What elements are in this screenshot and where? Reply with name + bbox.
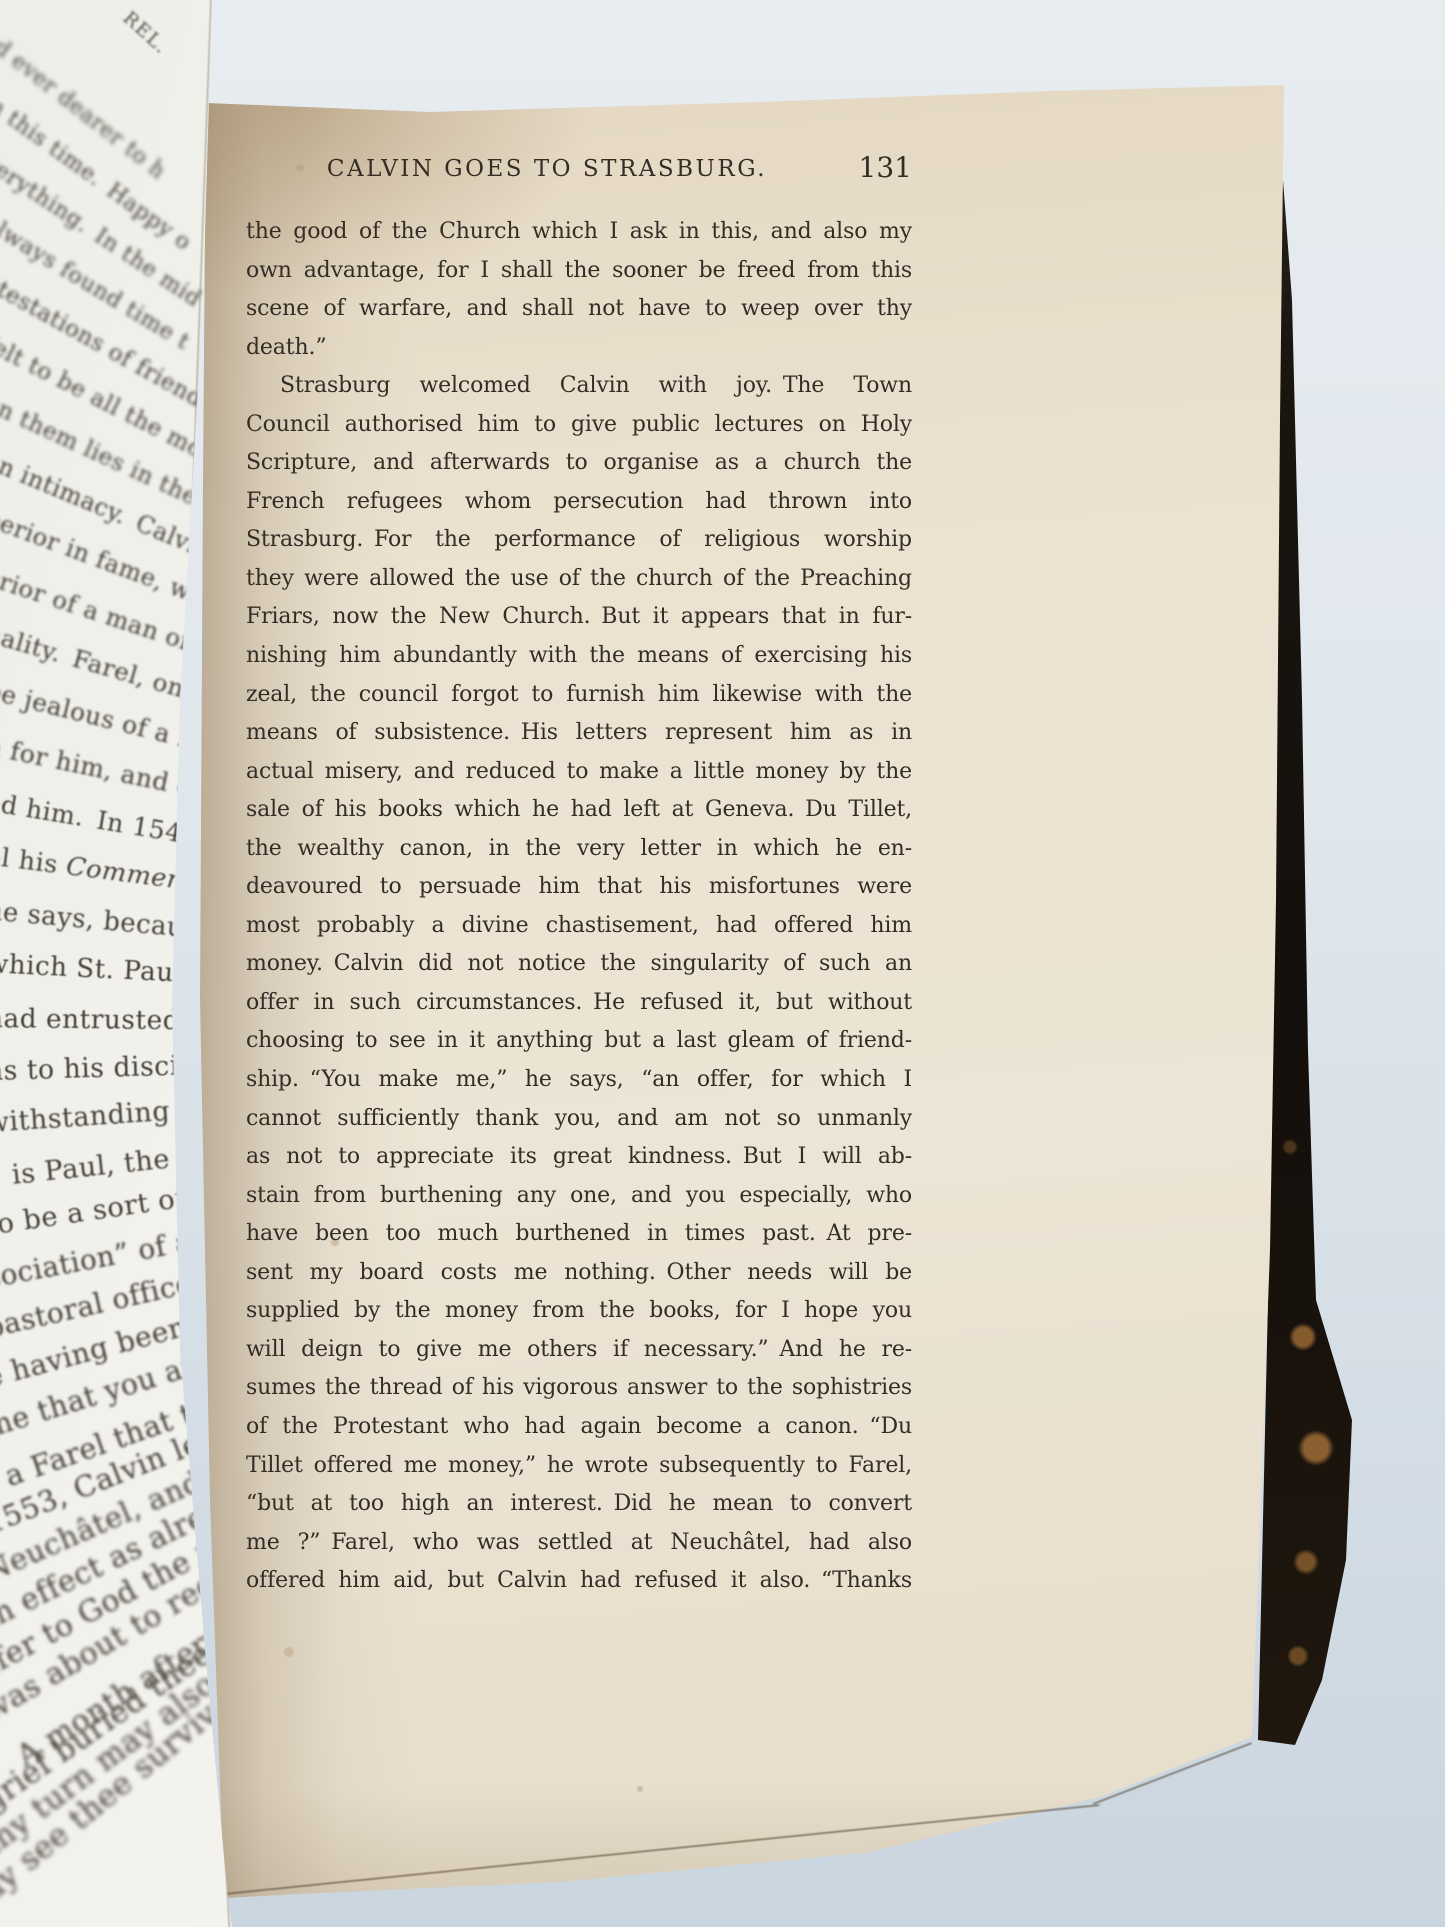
book-text-line: of the Protestant who had again become a… <box>246 1408 912 1447</box>
book-text-line: sale of his books which he had left at G… <box>246 791 912 830</box>
book-text-line: scene of warfare, and shall not have to … <box>246 290 912 329</box>
book-text-line: will deign to give me others if necessar… <box>246 1331 912 1370</box>
book-text-line: choosing to see in it anything but a las… <box>246 1022 912 1061</box>
book-text-line: French refugees whom persecution had thr… <box>246 483 912 522</box>
book-text-line: deavoured to persuade him that his misfo… <box>246 868 912 907</box>
book-text-line: zeal, the council forgot to furnish him … <box>246 676 912 715</box>
book-text-line: most probably a divine chastisement, had… <box>246 907 912 946</box>
book-text-line: Strasburg. For the performance of religi… <box>246 521 912 560</box>
book-text-line: Friars, now the New Church. But it appea… <box>246 598 912 637</box>
book-text-line: Council authorised him to give public le… <box>246 406 912 445</box>
book-text-line: own advantage, for I shall the sooner be… <box>246 252 912 291</box>
book-text-line: offered him aid, but Calvin had refused … <box>246 1562 912 1601</box>
book-text-line: Strasburg welcomed Calvin with joy. The … <box>246 367 912 406</box>
book-text-line: “but at too high an interest. Did he mea… <box>246 1485 912 1524</box>
book-text-line: money. Calvin did not notice the singula… <box>246 945 912 984</box>
open-book-photo: CALVIN GOES TO STRASBURG. 131 the good o… <box>0 0 1445 1927</box>
book-text-line: actual misery, and reduced to make a lit… <box>246 753 912 792</box>
book-text-line: Tillet offered me money,” he wrote subse… <box>246 1447 912 1486</box>
book-text-line: death.” <box>246 329 912 368</box>
book-text-line: me ?” Farel, who was settled at Neuchâte… <box>246 1524 912 1563</box>
book-text-line: sent my board costs me nothing. Other ne… <box>246 1254 912 1293</box>
book-text-line: Scripture, and afterwards to organise as… <box>246 444 912 483</box>
book-text-line: ship. “You make me,” he says, “an offer,… <box>246 1061 912 1100</box>
book-text-line: nishing him abundantly with the means of… <box>246 637 912 676</box>
book-text-line: cannot sufficiently thank you, and am no… <box>246 1100 912 1139</box>
book-text-line: supplied by the money from the books, fo… <box>246 1292 912 1331</box>
book-text-line: as not to appreciate its great kindness.… <box>246 1138 912 1177</box>
book-text-line: offer in such circumstances. He refused … <box>246 984 912 1023</box>
page-number: 131 <box>246 150 912 186</box>
right-page: CALVIN GOES TO STRASBURG. 131 the good o… <box>0 0 1445 1927</box>
book-text-line: the wealthy canon, in the very letter in… <box>246 830 912 869</box>
book-page-text: the good of the Church which I ask in th… <box>246 213 912 1601</box>
book-text-line: have been too much burthened in times pa… <box>246 1215 912 1254</box>
book-text-line: stain from burthening any one, and you e… <box>246 1177 912 1216</box>
book-text-line: the good of the Church which I ask in th… <box>246 213 912 252</box>
book-text-line: they were allowed the use of the church … <box>246 560 912 599</box>
book-text-line: means of subsistence. His letters repres… <box>246 714 912 753</box>
book-text-line: sumes the thread of his vigorous answer … <box>246 1369 912 1408</box>
